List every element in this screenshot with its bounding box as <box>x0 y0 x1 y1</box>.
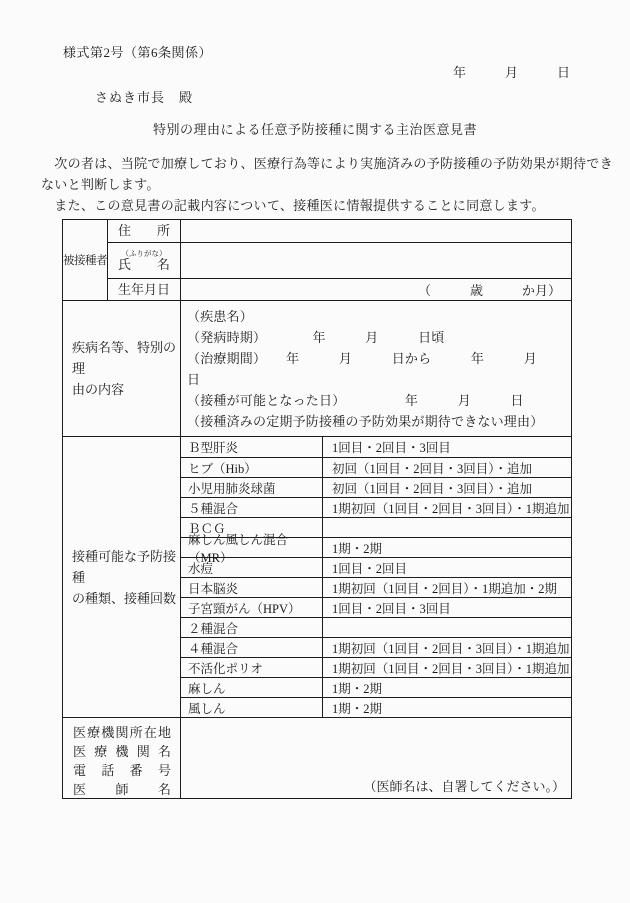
reason-section-label: 疾病名等、特別の理 由の内容 <box>63 301 181 436</box>
address-field <box>181 220 571 242</box>
name-field <box>181 243 571 278</box>
table-row: 不活化ポリオ 1期初回（1回目・2回目・3回目）・1期追加 <box>181 657 571 677</box>
name-row: （ふりがな） 氏 名 <box>108 242 571 278</box>
vaccine-name: Ｂ型肝炎 <box>181 437 323 457</box>
vaccine-doses: 1期・2期 <box>323 538 571 557</box>
vaccines-section: 接種可能な予防接種 の種類、接種回数 Ｂ型肝炎 1回目・2回目・3回目 ヒブ（H… <box>63 436 571 717</box>
birthdate-label: 生年月日 <box>108 279 181 300</box>
vaccination-possible-date-line: （接種が可能となった日） 年 月 日 <box>187 390 571 411</box>
onset-date-line: （発病時期） 年 月 日頃 <box>187 327 571 348</box>
table-row: 風しん 1期・2期 <box>181 697 571 717</box>
clinic-labels: 医療機関所在地 医療機関名 電話番号 医師名 <box>63 718 181 798</box>
vaccine-name: ２種混合 <box>181 618 323 637</box>
table-row: ４種混合 1期初回（1回目・2回目・3回目）・1期追加 <box>181 637 571 657</box>
vaccine-name: 不活化ポリオ <box>181 658 323 677</box>
clinic-address-label: 医療機関所在地 <box>73 723 171 742</box>
form-number: 様式第2号（第6条関係） <box>63 42 212 61</box>
vaccine-doses <box>323 518 571 537</box>
treatment-period-line: （治療期間） 年 月 日から 年 月 日 <box>187 348 571 390</box>
vaccine-name: 水痘 <box>181 558 323 577</box>
vaccine-doses <box>323 618 571 637</box>
signature-note: （医師名は、自署してください。） <box>363 776 565 795</box>
birthdate-field: （ 歳 か月） <box>181 279 571 300</box>
vaccine-doses: 1期初回（1回目・2回目・3回目）・1期追加 <box>323 498 571 517</box>
ineffective-reason-line: （接種済みの定期予防接種の予防効果が期待できない理由） <box>187 411 571 432</box>
table-row: ５種混合 1期初回（1回目・2回目・3回目）・1期追加 <box>181 497 571 517</box>
date-line: 年 月 日 <box>453 62 570 81</box>
disease-name-line: （疾患名） <box>187 306 571 327</box>
vaccine-name: 麻しん <box>181 678 323 697</box>
vaccine-name: ４種混合 <box>181 638 323 657</box>
clinic-name-label: 医療機関名 <box>73 742 171 761</box>
doctor-name-label: 医師名 <box>73 780 171 799</box>
vaccines-section-label: 接種可能な予防接種 の種類、接種回数 <box>63 437 181 717</box>
clinic-phone-label: 電話番号 <box>73 761 171 780</box>
vaccine-name: 麻しん風しん混合（MR） <box>181 538 323 557</box>
recipient-section: 被接種者 住 所 （ふりがな） 氏 名 生年月日 （ 歳 か月） <box>63 220 571 300</box>
reason-content: （疾患名） （発病時期） 年 月 日頃 （治療期間） 年 月 日から 年 月 日… <box>181 301 571 436</box>
form-table: 被接種者 住 所 （ふりがな） 氏 名 生年月日 （ 歳 か月） <box>62 219 572 799</box>
vaccine-doses: 1期初回（1回目・2回目）・1期追加・2期 <box>323 578 571 597</box>
vaccine-name: 小児用肺炎球菌 <box>181 478 323 497</box>
vaccine-doses: 1期初回（1回目・2回目・3回目）・1期追加 <box>323 658 571 677</box>
clinic-section: 医療機関所在地 医療機関名 電話番号 医師名 （医師名は、自署してください。） <box>63 717 571 798</box>
table-row: 日本脳炎 1期初回（1回目・2回目）・1期追加・2期 <box>181 577 571 597</box>
vaccine-name: 子宮頸がん（HPV） <box>181 598 323 617</box>
vaccine-doses: 初回（1回目・2回目・3回目）・追加 <box>323 458 571 477</box>
intro-paragraph: 次の者は、当院で加療しており、医療行為等により実施済みの予防接種の予防効果が期待… <box>41 153 616 216</box>
address-label: 住 所 <box>108 220 181 242</box>
vaccine-doses: 1回目・2回目 <box>323 558 571 577</box>
document-page: 様式第2号（第6条関係） 年 月 日 さぬき市長 殿 特別の理由による任意予防接… <box>0 0 630 903</box>
recipient-section-label: 被接種者 <box>63 220 108 300</box>
table-row: Ｂ型肝炎 1回目・2回目・3回目 <box>181 437 571 457</box>
vaccine-name: ５種混合 <box>181 498 323 517</box>
address-row: 住 所 <box>108 220 571 242</box>
vaccine-name: 日本脳炎 <box>181 578 323 597</box>
addressee: さぬき市長 殿 <box>95 87 193 106</box>
vaccine-doses: 1回目・2回目・3回目 <box>323 437 571 457</box>
vaccine-doses: 1期・2期 <box>323 698 571 717</box>
name-label: （ふりがな） 氏 名 <box>108 243 181 278</box>
recipient-rows: 住 所 （ふりがな） 氏 名 生年月日 （ 歳 か月） <box>108 220 571 300</box>
vaccine-name: ヒブ（Hib） <box>181 458 323 477</box>
table-row: 子宮頸がん（HPV） 1回目・2回目・3回目 <box>181 597 571 617</box>
table-row: 水痘 1回目・2回目 <box>181 557 571 577</box>
vaccine-doses: 1期・2期 <box>323 678 571 697</box>
vaccine-doses: 初回（1回目・2回目・3回目）・追加 <box>323 478 571 497</box>
vaccine-name: 風しん <box>181 698 323 717</box>
table-row: 麻しん 1期・2期 <box>181 677 571 697</box>
table-row: 小児用肺炎球菌 初回（1回目・2回目・3回目）・追加 <box>181 477 571 497</box>
birthdate-row: 生年月日 （ 歳 か月） <box>108 278 571 300</box>
vaccine-doses: 1回目・2回目・3回目 <box>323 598 571 617</box>
table-row: 麻しん風しん混合（MR） 1期・2期 <box>181 537 571 557</box>
vaccine-rows: Ｂ型肝炎 1回目・2回目・3回目 ヒブ（Hib） 初回（1回目・2回目・3回目）… <box>181 437 571 717</box>
table-row: ヒブ（Hib） 初回（1回目・2回目・3回目）・追加 <box>181 457 571 477</box>
table-row: ２種混合 <box>181 617 571 637</box>
vaccine-doses: 1期初回（1回目・2回目・3回目）・1期追加 <box>323 638 571 657</box>
clinic-field: （医師名は、自署してください。） <box>181 718 571 798</box>
page-title: 特別の理由による任意予防接種に関する主治医意見書 <box>0 119 630 138</box>
name-label-text: 氏 名 <box>118 258 170 272</box>
reason-section: 疾病名等、特別の理 由の内容 （疾患名） （発病時期） 年 月 日頃 （治療期間… <box>63 300 571 436</box>
